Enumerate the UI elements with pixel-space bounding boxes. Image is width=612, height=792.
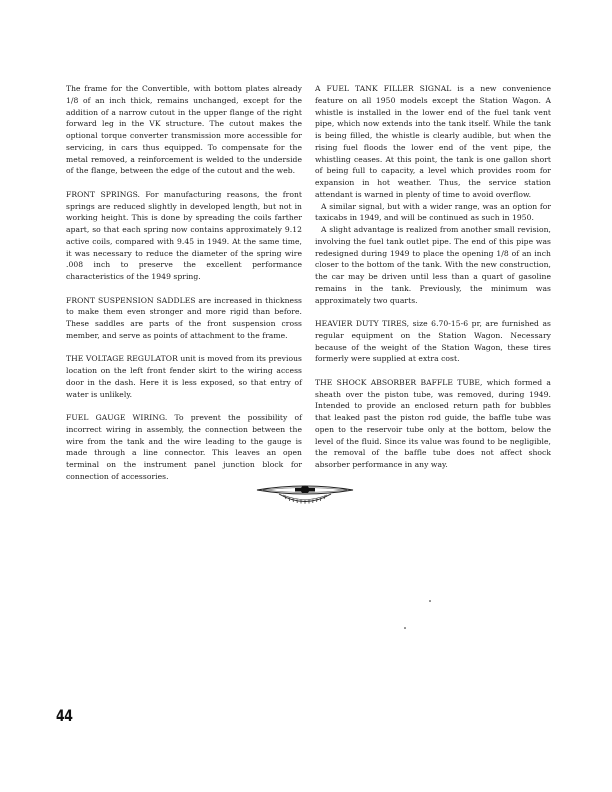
paragraph-shock-absorber-baffle-tube: THE SHOCK ABSORBER BAFFLE TUBE, which fo… [315,377,551,471]
paragraph-lead: FRONT SUSPENSION SADDLES [66,296,196,305]
paragraph-fuel-tank-filler-signal: A FUEL TANK FILLER SIGNAL is a new conve… [315,83,551,201]
paragraph-convertible-frame: The frame for the Convertible, with bott… [66,83,302,177]
paragraph-taxicab-signal: A similar signal, but with a wider range… [315,201,551,225]
paragraph-front-springs: FRONT SPRINGS. For manufacturing reasons… [66,189,302,283]
paragraph-lead: A FUEL TANK FILLER SIGNAL [315,84,451,93]
paragraph-lead: FRONT SPRINGS. [66,190,140,199]
paragraph-text: A similar signal, but with a wider range… [315,202,551,223]
paragraph-text: To prevent the possibility of incorrect … [66,413,302,481]
paragraph-text: A slight advantage is realized from anot… [315,225,551,305]
scan-speck [429,600,431,602]
paragraph-lead: HEAVIER DUTY TIRES, [315,319,409,328]
paragraph-text: For manufacturing reasons, the front spr… [66,190,302,281]
paragraph-heavier-duty-tires: HEAVIER DUTY TIRES, size 6.70-15-6 pr, a… [315,318,551,365]
paragraph-voltage-regulator: THE VOLTAGE REGULATOR unit is moved from… [66,353,302,400]
paragraph-front-suspension-saddles: FRONT SUSPENSION SADDLES are increased i… [66,295,302,342]
paragraph-fuel-gauge-wiring: FUEL GAUGE WIRING. To prevent the possib… [66,412,302,483]
page-number: 44 [56,706,73,725]
scan-speck [404,627,406,629]
paragraph-lead: FUEL GAUGE WIRING. [66,413,167,422]
paragraph-lead: THE SHOCK ABSORBER BAFFLE TUBE, [315,378,482,387]
paragraph-lead: THE VOLTAGE REGULATOR [66,354,178,363]
paragraph-text: which formed a sheath over the piston tu… [315,378,551,469]
paragraph-outlet-pipe: A slight advantage is realized from anot… [315,224,551,306]
paragraph-text: The frame for the Convertible, with bott… [66,84,302,175]
paragraph-text: is a new convenience feature on all 1950… [315,84,551,199]
chevrolet-winged-bowtie-emblem-icon [255,479,355,507]
left-column: The frame for the Convertible, with bott… [66,83,302,494]
right-column: A FUEL TANK FILLER SIGNAL is a new conve… [315,83,551,483]
